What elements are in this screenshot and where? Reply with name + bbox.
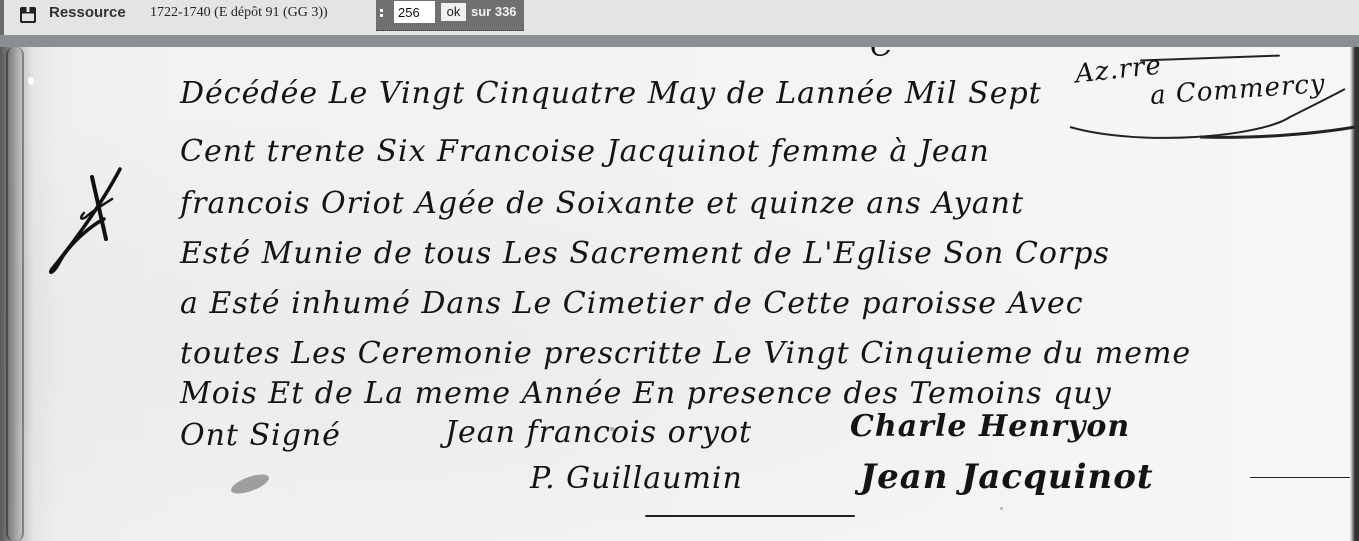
archive-box-icon [18,5,38,25]
signature-jean-jacquinot: Jean Jacquinot [860,457,1154,497]
manuscript-line: Décédée Le Vingt Cinquatre May de Lannée… [180,77,1042,111]
toolbar-separator [0,35,1359,47]
manuscript-line: Mois Et de La meme Année En presence des… [180,377,1112,411]
manuscript-line: Esté Munie de tous Les Sacrement de L'Eg… [180,237,1110,271]
go-to-page-button[interactable]: ok [441,3,466,21]
page-binding-edge [6,47,24,541]
paper-speck [28,77,34,85]
resource-title: 1722-1740 (E dépôt 91 (GG 3)) [150,5,328,21]
page-number-input[interactable] [394,1,435,23]
total-pages-label: sur 336 [471,4,517,20]
manuscript-line: a Esté inhumé Dans Le Cimetier de Cette … [180,287,1084,321]
signature-underline [1250,477,1350,478]
signature-p-guillaumin: P. Guillaumin [530,461,743,496]
viewer-header: Ressource 1722-1740 (E dépôt 91 (GG 3)) … [0,0,1359,35]
resource-label: Ressource [49,4,126,22]
flourish-stroke [1060,87,1359,147]
signature-charle-henryon: Charle Henryon [850,409,1130,444]
signature-underline [645,515,855,517]
paper-speck [1000,507,1003,510]
margin-cross-mark [40,157,130,277]
manuscript-line: toutes Les Ceremonie prescritte Le Vingt… [180,337,1191,371]
manuscript-line: Cent trente Six Francoise Jacquinot femm… [180,135,990,169]
ink-smudge [229,471,271,498]
page-navigator: ok sur 336 [376,0,524,31]
manuscript-line: francois Oriot Agée de Soixante et quinz… [180,187,1024,221]
signature-jean-francois-oryot: Jean francois oryot [445,415,752,450]
window-edge [0,0,4,35]
cutoff-text: C [870,47,894,64]
manuscript-line: Ont Signé [180,419,341,453]
drag-handle-icon[interactable] [380,9,383,17]
document-image-viewer[interactable]: C Az.rre a Commercy Décédée Le Vingt Cin… [0,47,1359,541]
